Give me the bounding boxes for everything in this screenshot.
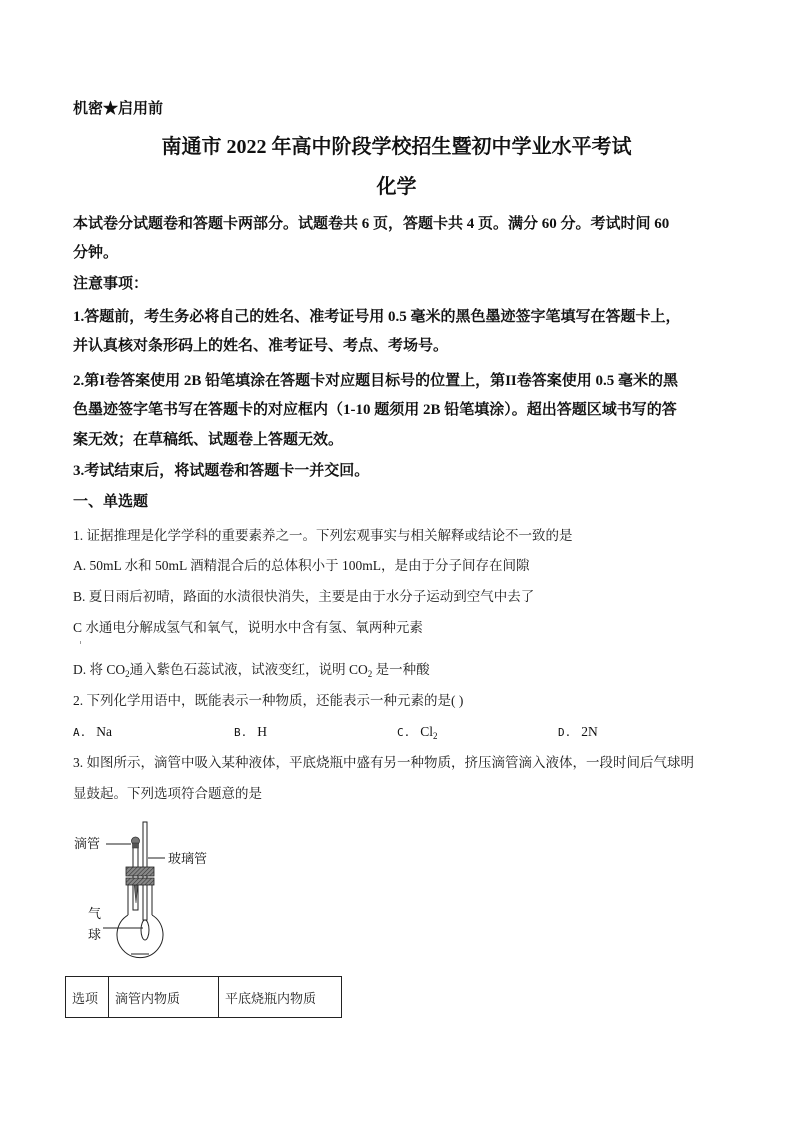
option-d-text-mid: 通入紫色石蕊试液，试液变红，说明 CO [130,662,368,677]
cl2-subscript: 2 [433,731,438,741]
question-2-option-c: C.Cl2 [397,723,438,742]
option-letter: D. [558,726,571,739]
subject-title: 化学 [0,175,793,199]
option-letter: C. [397,726,410,739]
table-header-dropper-substance: 滴管内物质 [109,977,219,1018]
option-letter: A. [73,726,86,739]
intro-line-2: 分钟。 [73,244,118,262]
option-letter: B. [234,726,247,739]
table-header-flask-substance: 平底烧瓶内物质 [219,977,342,1018]
table-header-row: 选项 滴管内物质 平底烧瓶内物质 [66,977,342,1018]
stray-mark [80,641,81,644]
question-3-answer-table: 选项 滴管内物质 平底烧瓶内物质 [65,976,342,1018]
balloon-label-char-2: 球 [88,928,101,943]
question-3-stem-line-1: 3. 如图所示，滴管中吸入某种液体，平底烧瓶中盛有另一种物质，挤压滴管滴入液体，… [73,754,694,772]
question-2-option-d: D.2N [558,723,598,742]
option-text: Cl [420,724,433,739]
exam-title: 南通市 2022 年高中阶段学校招生暨初中学业水平考试 [0,135,793,159]
question-1-option-b: B. 夏日雨后初晴，路面的水渍很快消失，主要是由于水分子运动到空气中去了 [73,588,534,606]
notes-heading: 注意事项： [73,275,148,293]
section-heading: 一、单选题 [73,493,148,511]
glass-tube-label: 玻璃管 [168,852,207,867]
question-2-stem: 2. 下列化学用语中，既能表示一种物质，还能表示一种元素的是( ) [73,692,463,710]
option-d-text-pre: D. 将 CO [73,662,125,677]
stopper-bottom-shape [126,878,154,885]
option-text: H [257,724,267,739]
dropper-label: 滴管 [74,837,100,852]
option-d-text-post: 是一种酸 [372,662,429,677]
intro-line-1: 本试卷分试题卷和答题卡两部分。试题卷共 6 页，答题卡共 4 页。满分 60 分… [73,215,669,233]
question-2-option-b: B.H [234,723,267,742]
question-1-option-c: C 水通电分解成氢气和氧气，说明水中含有氢、氧两种元素 [73,619,423,637]
table-header-option: 选项 [66,977,109,1018]
note-1-line-2: 并认真核对条形码上的姓名、准考证号、考点、考场号。 [73,337,448,355]
note-1-line-1: 1.答题前，考生务必将自己的姓名、准考证号用 0.5 毫米的黑色墨迹签字笔填写在… [73,308,681,326]
question-1-option-a: A. 50mL 水和 50mL 酒精混合后的总体积小于 100mL，是由于分子间… [73,557,530,575]
note-2-line-1: 2.第I卷答案使用 2B 铅笔填涂在答题卡对应题目标号的位置上，第II卷答案使用… [73,372,678,390]
option-text: 2N [581,724,598,739]
exam-page: 机密★启用前 南通市 2022 年高中阶段学校招生暨初中学业水平考试 化学 本试… [0,0,793,1122]
flask-apparatus-diagram: 滴管 玻璃管 气 球 [70,815,270,975]
balloon-label-char-1: 气 [88,907,101,922]
question-3-stem-line-2: 显鼓起。下列选项符合题意的是 [73,785,262,803]
confidential-label: 机密★启用前 [73,100,163,118]
question-1-option-d: D. 将 CO2通入紫色石蕊试液，试液变红，说明 CO2 是一种酸 [73,661,430,679]
question-2-option-a: A.Na [73,723,112,742]
option-text: Na [96,724,112,739]
flask-body-shape [117,915,163,958]
note-2-line-2: 色墨迹签字笔书写在答题卡的对应框内（1-10 题须用 2B 铅笔填涂）。超出答题… [73,401,677,419]
stopper-top-shape [126,867,154,876]
note-2-line-3: 案无效；在草稿纸、试题卷上答题无效。 [73,431,343,449]
note-3-line-1: 3.考试结束后，将试题卷和答题卡一并交回。 [73,462,369,480]
balloon-shape [141,920,149,940]
question-1-stem: 1. 证据推理是化学学科的重要素养之一。下列宏观事实与相关解释或结论不一致的是 [73,527,573,545]
